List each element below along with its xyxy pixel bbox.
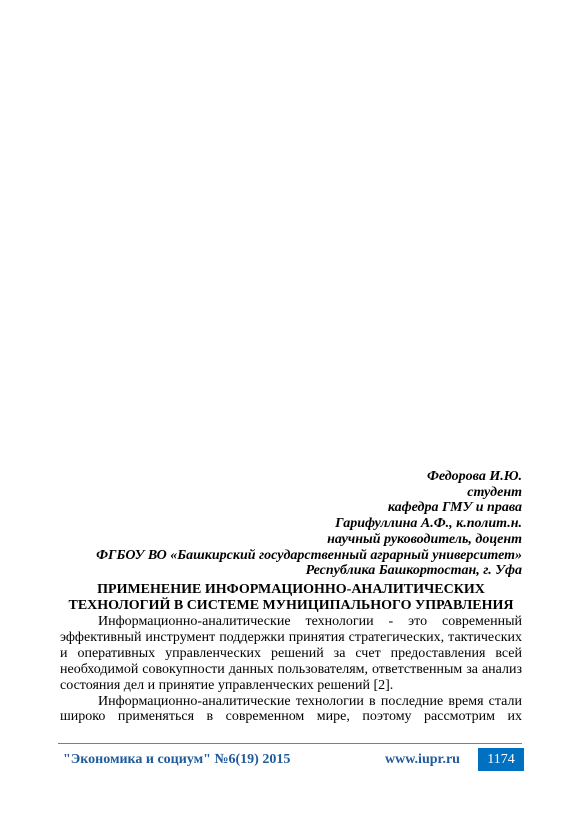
text-line: Информационно-аналитические технологии в… — [60, 694, 522, 710]
paragraph: Информационно-аналитические технологии -… — [60, 614, 522, 694]
title-line: ПРИМЕНЕНИЕ ИНФОРМАЦИОННО-АНАЛИТИЧЕСКИХ — [60, 582, 522, 598]
footer-divider — [58, 743, 522, 744]
page-number: 1174 — [478, 748, 524, 771]
text-line: широко применяться в современном мире, п… — [60, 709, 522, 725]
website-link[interactable]: www.iupr.ru — [385, 752, 460, 768]
text-line: эффективный инструмент поддержки приняти… — [60, 630, 522, 646]
location: Республика Башкортостан, г. Уфа — [52, 563, 522, 579]
page-footer: "Экономика и социум" №6(19) 2015 www.iup… — [58, 748, 524, 772]
paragraph: Информационно-аналитические технологии в… — [60, 694, 522, 726]
journal-name: "Экономика и социум" №6(19) 2015 — [63, 752, 290, 768]
text-line: состояния дел и принятие управленческих … — [60, 678, 522, 694]
author-block: Федорова И.Ю. студент кафедра ГМУ и прав… — [52, 469, 522, 579]
article-title: ПРИМЕНЕНИЕ ИНФОРМАЦИОННО-АНАЛИТИЧЕСКИХ Т… — [60, 582, 522, 613]
author-department: кафедра ГМУ и права — [52, 500, 522, 516]
article-body: Информационно-аналитические технологии -… — [60, 614, 522, 725]
author-status: студент — [52, 485, 522, 501]
document-page: Федорова И.Ю. студент кафедра ГМУ и прав… — [0, 0, 580, 820]
supervisor-name: Гарифуллина А.Ф., к.полит.н. — [52, 516, 522, 532]
text-line: Информационно-аналитические технологии -… — [60, 614, 522, 630]
supervisor-position: научный руководитель, доцент — [52, 532, 522, 548]
author-name: Федорова И.Ю. — [52, 469, 522, 485]
text-line: и оперативных управленческих решений за … — [60, 646, 522, 662]
title-line: ТЕХНОЛОГИЙ В СИСТЕМЕ МУНИЦИПАЛЬНОГО УПРА… — [60, 598, 522, 614]
text-line: необходимой совокупности данных пользова… — [60, 662, 522, 678]
institution: ФГБОУ ВО «Башкирский государственный агр… — [52, 548, 522, 564]
